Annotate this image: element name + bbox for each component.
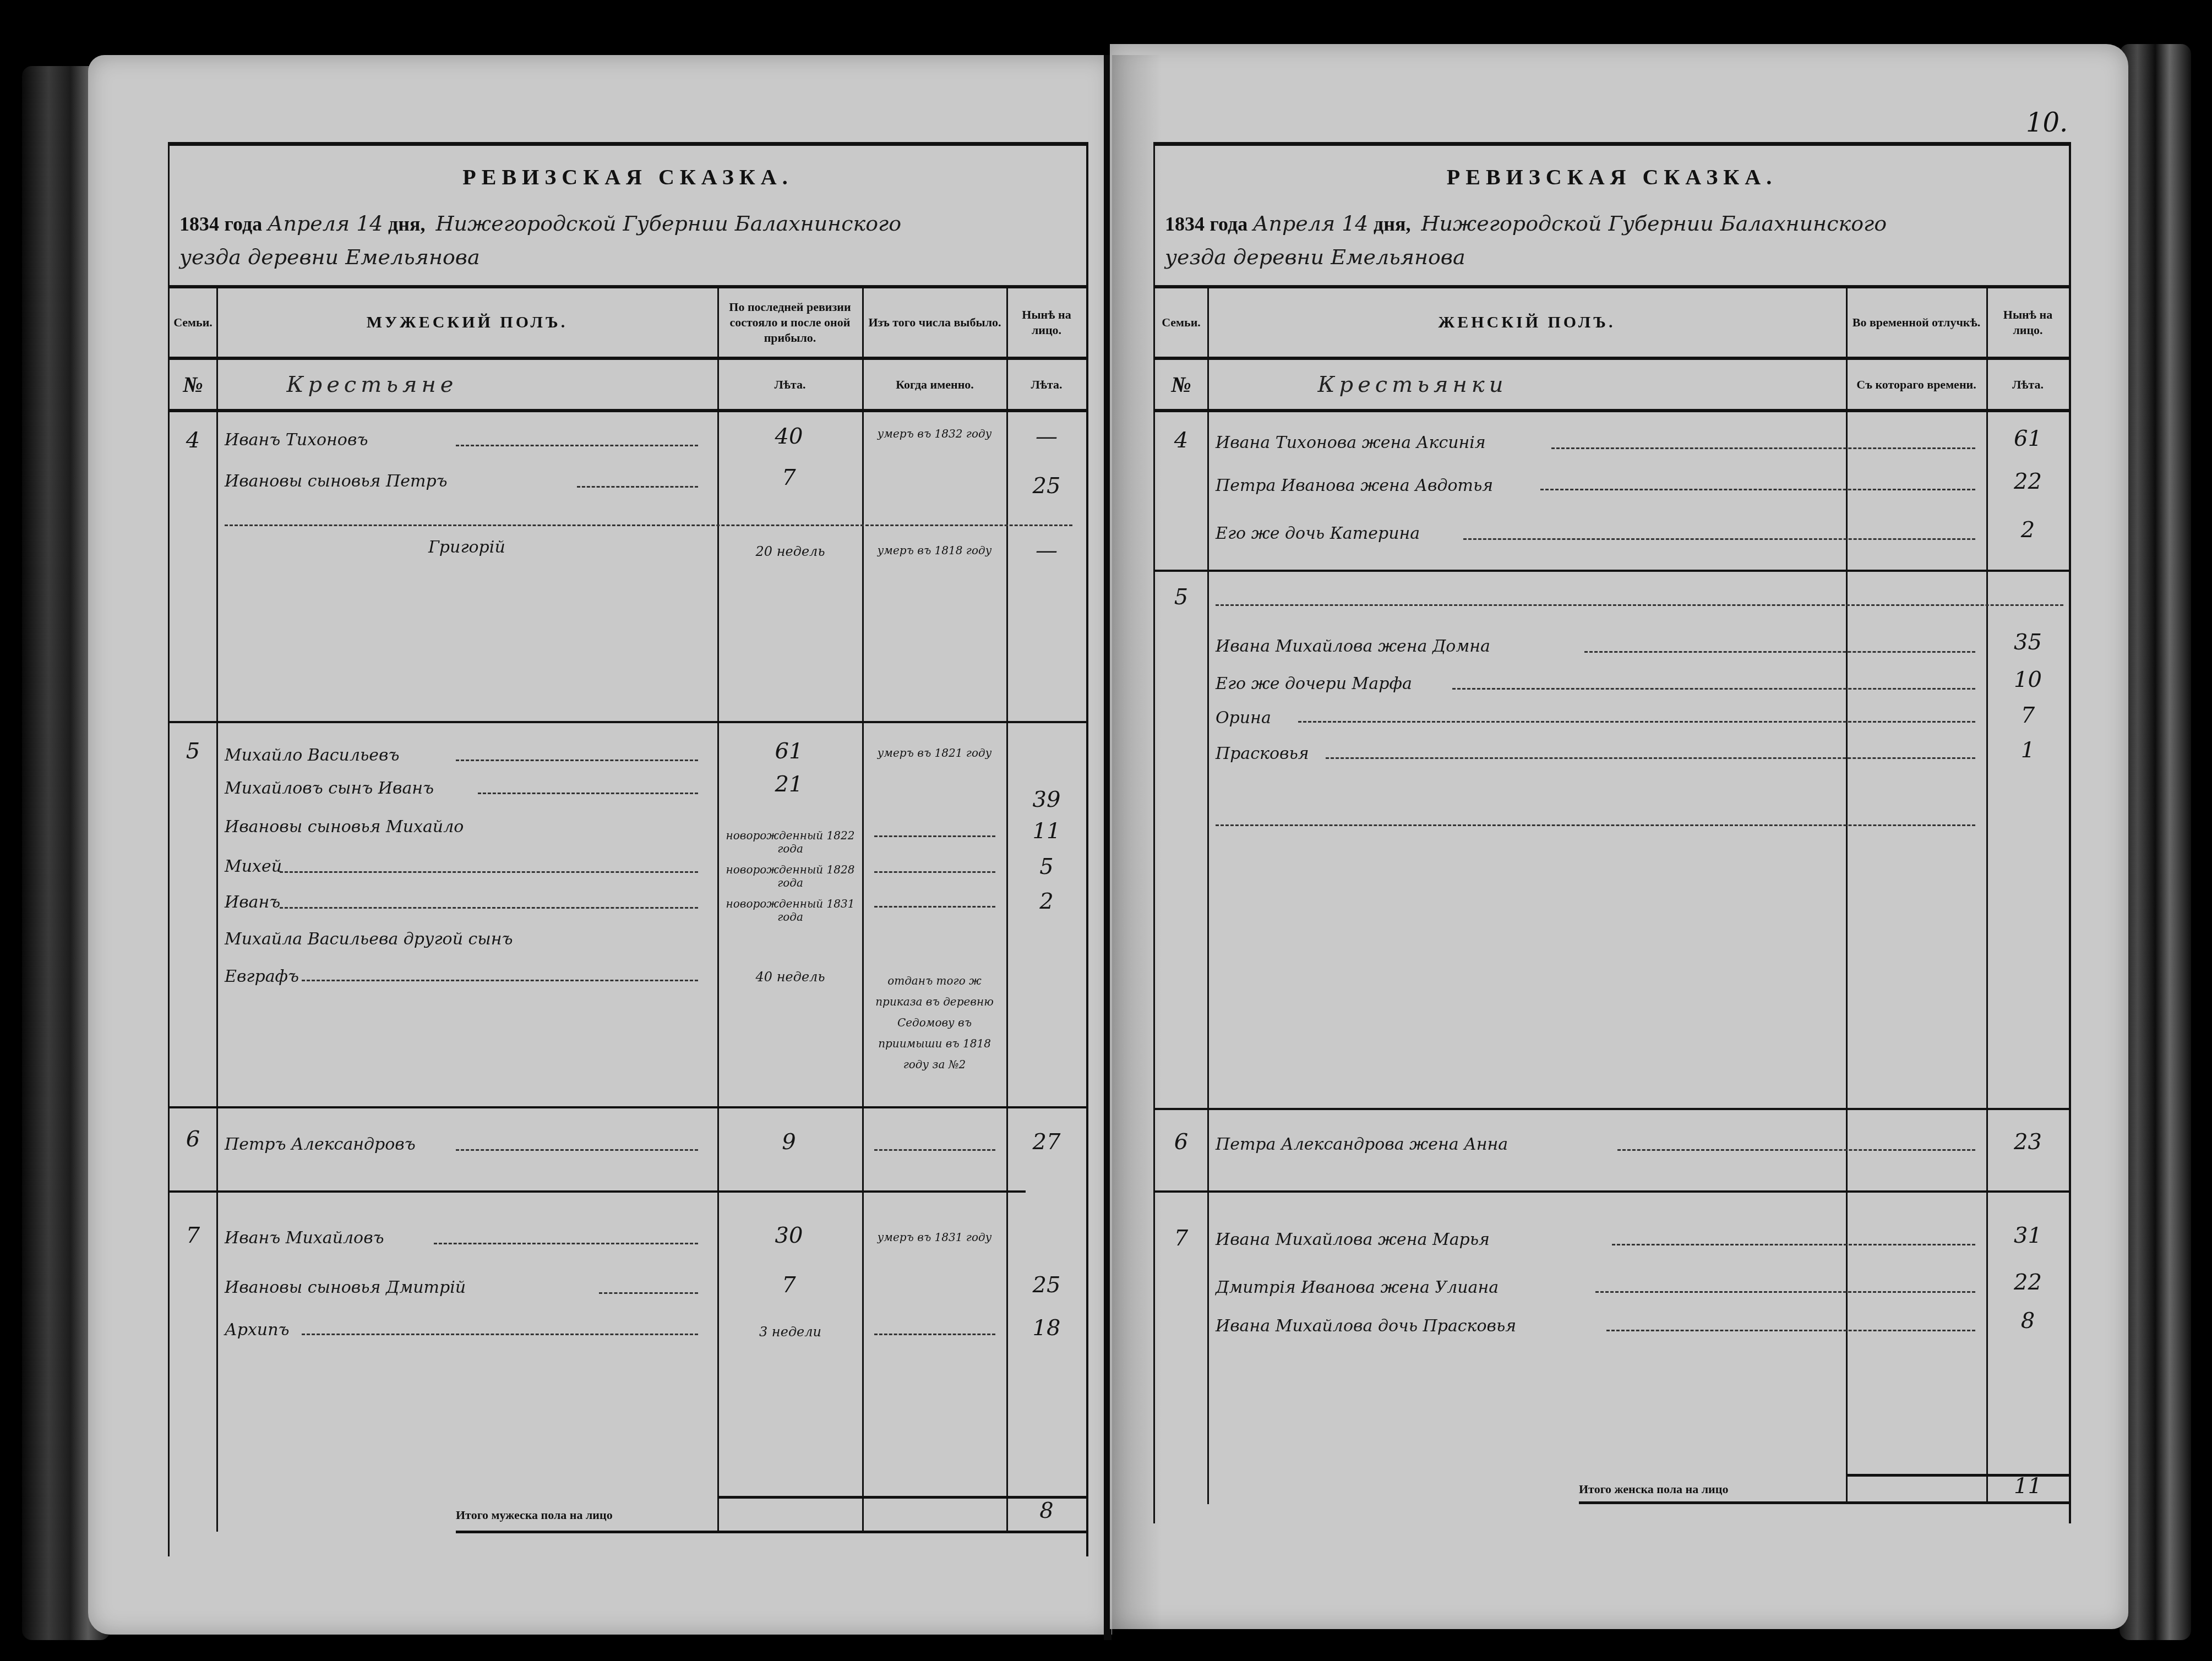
present-age: 31	[1988, 1226, 2068, 1245]
departed-note: умеръ въ 1831 году	[864, 1231, 1005, 1244]
filler-dash	[1298, 721, 1975, 723]
filler-dash	[599, 1292, 698, 1294]
form-title: РЕВИЗСКАЯ СКАЗКА.	[1155, 164, 2069, 190]
last-revision-age: 61	[720, 742, 858, 761]
family-number: 7	[172, 1226, 214, 1245]
person-name: Иванъ Михайловъ	[225, 1229, 384, 1248]
last-revision-age: 20 недель	[720, 545, 860, 558]
year: 1834	[1165, 213, 1205, 235]
header-years-1: Лѣта.	[719, 360, 861, 409]
folio-number: 10.	[2026, 107, 2068, 138]
filler-dash	[280, 871, 698, 873]
person-name: Михайловъ сынъ Иванъ	[225, 779, 434, 798]
present-age: 5	[1008, 857, 1085, 876]
top-rule	[170, 142, 1086, 146]
date-handwritten: Апреля 14	[1253, 211, 1369, 236]
person-name: Ивановы сыновья Михайло	[225, 818, 464, 837]
present-age: 61	[1988, 429, 2068, 448]
family-divider	[170, 1106, 1086, 1108]
date-handwritten: Апреля 14	[268, 211, 383, 236]
person-name: Орина	[1216, 709, 1271, 728]
total-top-rule	[717, 1496, 1086, 1499]
header-temporary-absence: Во временной отлучкѣ.	[1848, 288, 1985, 357]
present-age: —	[1008, 541, 1085, 560]
day-word: дня,	[388, 213, 425, 235]
year: 1834	[179, 213, 219, 235]
family-divider	[170, 721, 1086, 723]
present-age: 10	[1988, 670, 2068, 689]
person-name: Ивановы сыновья Петръ	[225, 472, 448, 491]
person-name: Михей	[225, 857, 282, 876]
person-name: Михайло Васильевъ	[225, 746, 400, 765]
header-present: Нынѣ на лицо.	[1988, 288, 2068, 357]
last-revision-age: 40 недель	[720, 970, 860, 984]
dateline: 1834 года Апреля 14 дня, Нижегородской Г…	[179, 207, 1081, 274]
header-bottom-rule	[170, 409, 1086, 412]
header-last-revision: По последней ревизии состояло и после он…	[719, 288, 861, 357]
person-name: Прасковья	[1216, 745, 1309, 763]
day-word: дня,	[1374, 213, 1410, 235]
person-name: Петра Александрова жена Анна	[1216, 1135, 1508, 1154]
family-number: 5	[172, 742, 214, 761]
col-divider	[1846, 285, 1848, 1504]
person-name: Архипъ	[225, 1321, 289, 1340]
person-name: Евграфъ	[225, 968, 299, 986]
last-revision-age: 7	[720, 468, 858, 487]
family-divider	[1155, 1190, 2069, 1193]
person-name: Ивана Тихонова жена Аксинія	[1216, 434, 1486, 452]
total-value: 11	[1988, 1477, 2068, 1495]
total-label: Итого мужеска пола на лицо	[456, 1508, 613, 1522]
col-divider	[1207, 285, 1209, 1504]
last-revision-age: 9	[720, 1133, 858, 1151]
filler-dash	[1326, 757, 1975, 759]
form-title: РЕВИЗСКАЯ СКАЗКА.	[170, 164, 1086, 190]
person-name: Иванъ	[225, 893, 280, 912]
cancel-dash	[225, 524, 1072, 526]
person-name: Ивановы сыновья Дмитрій	[225, 1278, 466, 1297]
present-age: 23	[1988, 1133, 2068, 1151]
filler-dash	[874, 906, 995, 908]
filler-dash	[456, 445, 698, 446]
header-family: Семьи.	[1155, 288, 1207, 357]
header-section: ЖЕНСКIЙ ПОЛЪ.	[1209, 288, 1845, 357]
header-category: Крестьяне	[218, 360, 526, 409]
filler-dash	[1540, 489, 1975, 490]
person-name: Петръ Александровъ	[225, 1135, 416, 1154]
family-divider	[1155, 570, 2069, 572]
header-departed: Изъ того числа выбыло.	[864, 288, 1006, 357]
year-word: года	[225, 213, 263, 235]
filler-dash	[456, 760, 698, 761]
family-number: 5	[1158, 588, 1205, 607]
last-revision-age: 21	[720, 775, 858, 794]
filler-dash	[1612, 1244, 1975, 1245]
present-age: 39	[1008, 790, 1085, 809]
filler-dash	[874, 1334, 995, 1335]
family-number: 4	[172, 431, 214, 450]
filler-dash	[1551, 447, 1975, 449]
col-divider	[216, 285, 218, 1532]
departed-note: отданъ того ж приказа въ деревню Седомов…	[864, 970, 1005, 1075]
person-name: Ивана Михайлова жена Марья	[1216, 1231, 1490, 1249]
present-age: 27	[1008, 1133, 1085, 1151]
last-revision-age: 30	[720, 1226, 858, 1245]
province-handwritten: Нижегородской Губернии Балахнинского	[1421, 211, 1887, 236]
top-rule	[1155, 142, 2069, 146]
filler-dash	[1584, 651, 1975, 653]
uezd-handwritten: уезда деревни Емельянова	[1165, 245, 1465, 269]
present-age: 22	[1988, 472, 2068, 491]
filler-dash	[874, 1149, 995, 1151]
filler-dash	[874, 835, 995, 837]
filler-dash	[302, 980, 698, 981]
present-age: 2	[1988, 521, 2068, 539]
present-age: —	[1008, 427, 1085, 446]
departed-note: умеръ въ 1832 году	[864, 427, 1005, 440]
header-number-sign: №	[1155, 360, 1207, 409]
cancel-dash	[1216, 604, 2063, 606]
province-handwritten: Нижегородской Губернии Балахнинского	[435, 211, 901, 236]
present-age: 1	[1988, 741, 2068, 760]
present-age: 11	[1008, 822, 1085, 840]
family-divider	[1155, 1108, 2069, 1110]
person-name: Дмитрія Иванова жена Улиана	[1216, 1278, 1499, 1297]
female-table: Семьи. ЖЕНСКIЙ ПОЛЪ. Во временной отлучк…	[1155, 285, 2069, 1523]
header-years-2: Лѣта.	[1008, 360, 1085, 409]
departed-note: умеръ въ 1818 году	[864, 544, 1005, 557]
filler-dash	[874, 871, 995, 873]
filler-dash	[1452, 688, 1975, 690]
present-age: 22	[1988, 1273, 2068, 1292]
present-age: 2	[1008, 892, 1085, 911]
present-age: 35	[1988, 633, 2068, 652]
dateline: 1834 года Апреля 14 дня, Нижегородской Г…	[1165, 207, 2063, 274]
filler-dash	[577, 486, 698, 488]
cancel-dash	[1216, 824, 1975, 826]
filler-dash	[478, 793, 698, 794]
header-number-sign: №	[170, 360, 216, 409]
female-revision-form: РЕВИЗСКАЯ СКАЗКА. 1834 года Апреля 14 дн…	[1153, 142, 2071, 1523]
family-number: 4	[1158, 431, 1205, 450]
family-divider	[170, 1190, 1026, 1193]
present-age: 7	[1988, 706, 2068, 725]
male-table: Семьи. МУЖЕСКИЙ ПОЛЪ. По последней ревиз…	[170, 285, 1086, 1556]
person-name: Петра Иванова жена Авдотья	[1216, 477, 1493, 495]
header-bottom-rule	[1155, 409, 2069, 412]
present-age: 8	[1988, 1312, 2068, 1330]
filler-dash	[1595, 1291, 1975, 1293]
last-revision-age: 7	[720, 1276, 858, 1294]
total-bottom-rule	[1579, 1501, 2069, 1504]
book-binding-right	[2120, 44, 2191, 1640]
last-revision-age: новорожденный 1822 года	[720, 829, 860, 855]
family-number: 7	[1158, 1229, 1205, 1248]
person-name: Михайла Васильева другой сынъ	[225, 930, 513, 949]
filler-dash	[280, 907, 698, 909]
filler-dash	[1606, 1330, 1975, 1331]
last-revision-age: новорожденный 1831 года	[720, 897, 860, 924]
total-label: Итого женска пола на лицо	[1579, 1482, 1728, 1496]
person-name: Его же дочь Катерина	[1216, 524, 1420, 543]
header-years: Лѣта.	[1988, 360, 2068, 409]
family-number: 6	[1158, 1133, 1205, 1151]
filler-dash	[434, 1243, 698, 1244]
uezd-handwritten: уезда деревни Емельянова	[179, 245, 480, 269]
person-name: Григорій	[428, 538, 505, 557]
present-age: 18	[1008, 1319, 1085, 1337]
family-number: 6	[172, 1130, 214, 1149]
person-name: Его же дочери Марфа	[1216, 675, 1412, 693]
present-age: 25	[1008, 1276, 1085, 1294]
filler-dash	[302, 1334, 698, 1335]
col-divider	[862, 285, 864, 1532]
total-value: 8	[1008, 1501, 1085, 1520]
person-name: Ивана Михайлова жена Домна	[1216, 637, 1490, 656]
departed-note: умеръ въ 1821 году	[864, 746, 1005, 760]
header-category: Крестьянки	[1209, 360, 1616, 409]
person-name: Иванъ Тихоновъ	[225, 431, 368, 450]
year-word: года	[1210, 213, 1248, 235]
person-name: Ивана Михайлова дочь Прасковья	[1216, 1317, 1516, 1336]
header-when: Когда именно.	[864, 360, 1006, 409]
header-family: Семьи.	[170, 288, 216, 357]
last-revision-age: новорожденный 1828 года	[720, 863, 860, 889]
last-revision-age: 40	[720, 427, 858, 446]
male-revision-form: РЕВИЗСКАЯ СКАЗКА. 1834 года Апреля 14 дн…	[168, 142, 1088, 1556]
filler-dash	[1463, 538, 1975, 540]
last-revision-age: 3 недели	[720, 1325, 860, 1338]
header-present: Нынѣ на лицо.	[1008, 288, 1085, 357]
present-age: 25	[1008, 477, 1085, 495]
filler-dash	[456, 1149, 698, 1151]
total-bottom-rule	[456, 1531, 1086, 1533]
header-since-when: Съ котораго времени.	[1848, 360, 1985, 409]
header-section: МУЖЕСКИЙ ПОЛЪ.	[218, 288, 716, 357]
col-divider	[717, 285, 719, 1532]
filler-dash	[1617, 1149, 1975, 1151]
